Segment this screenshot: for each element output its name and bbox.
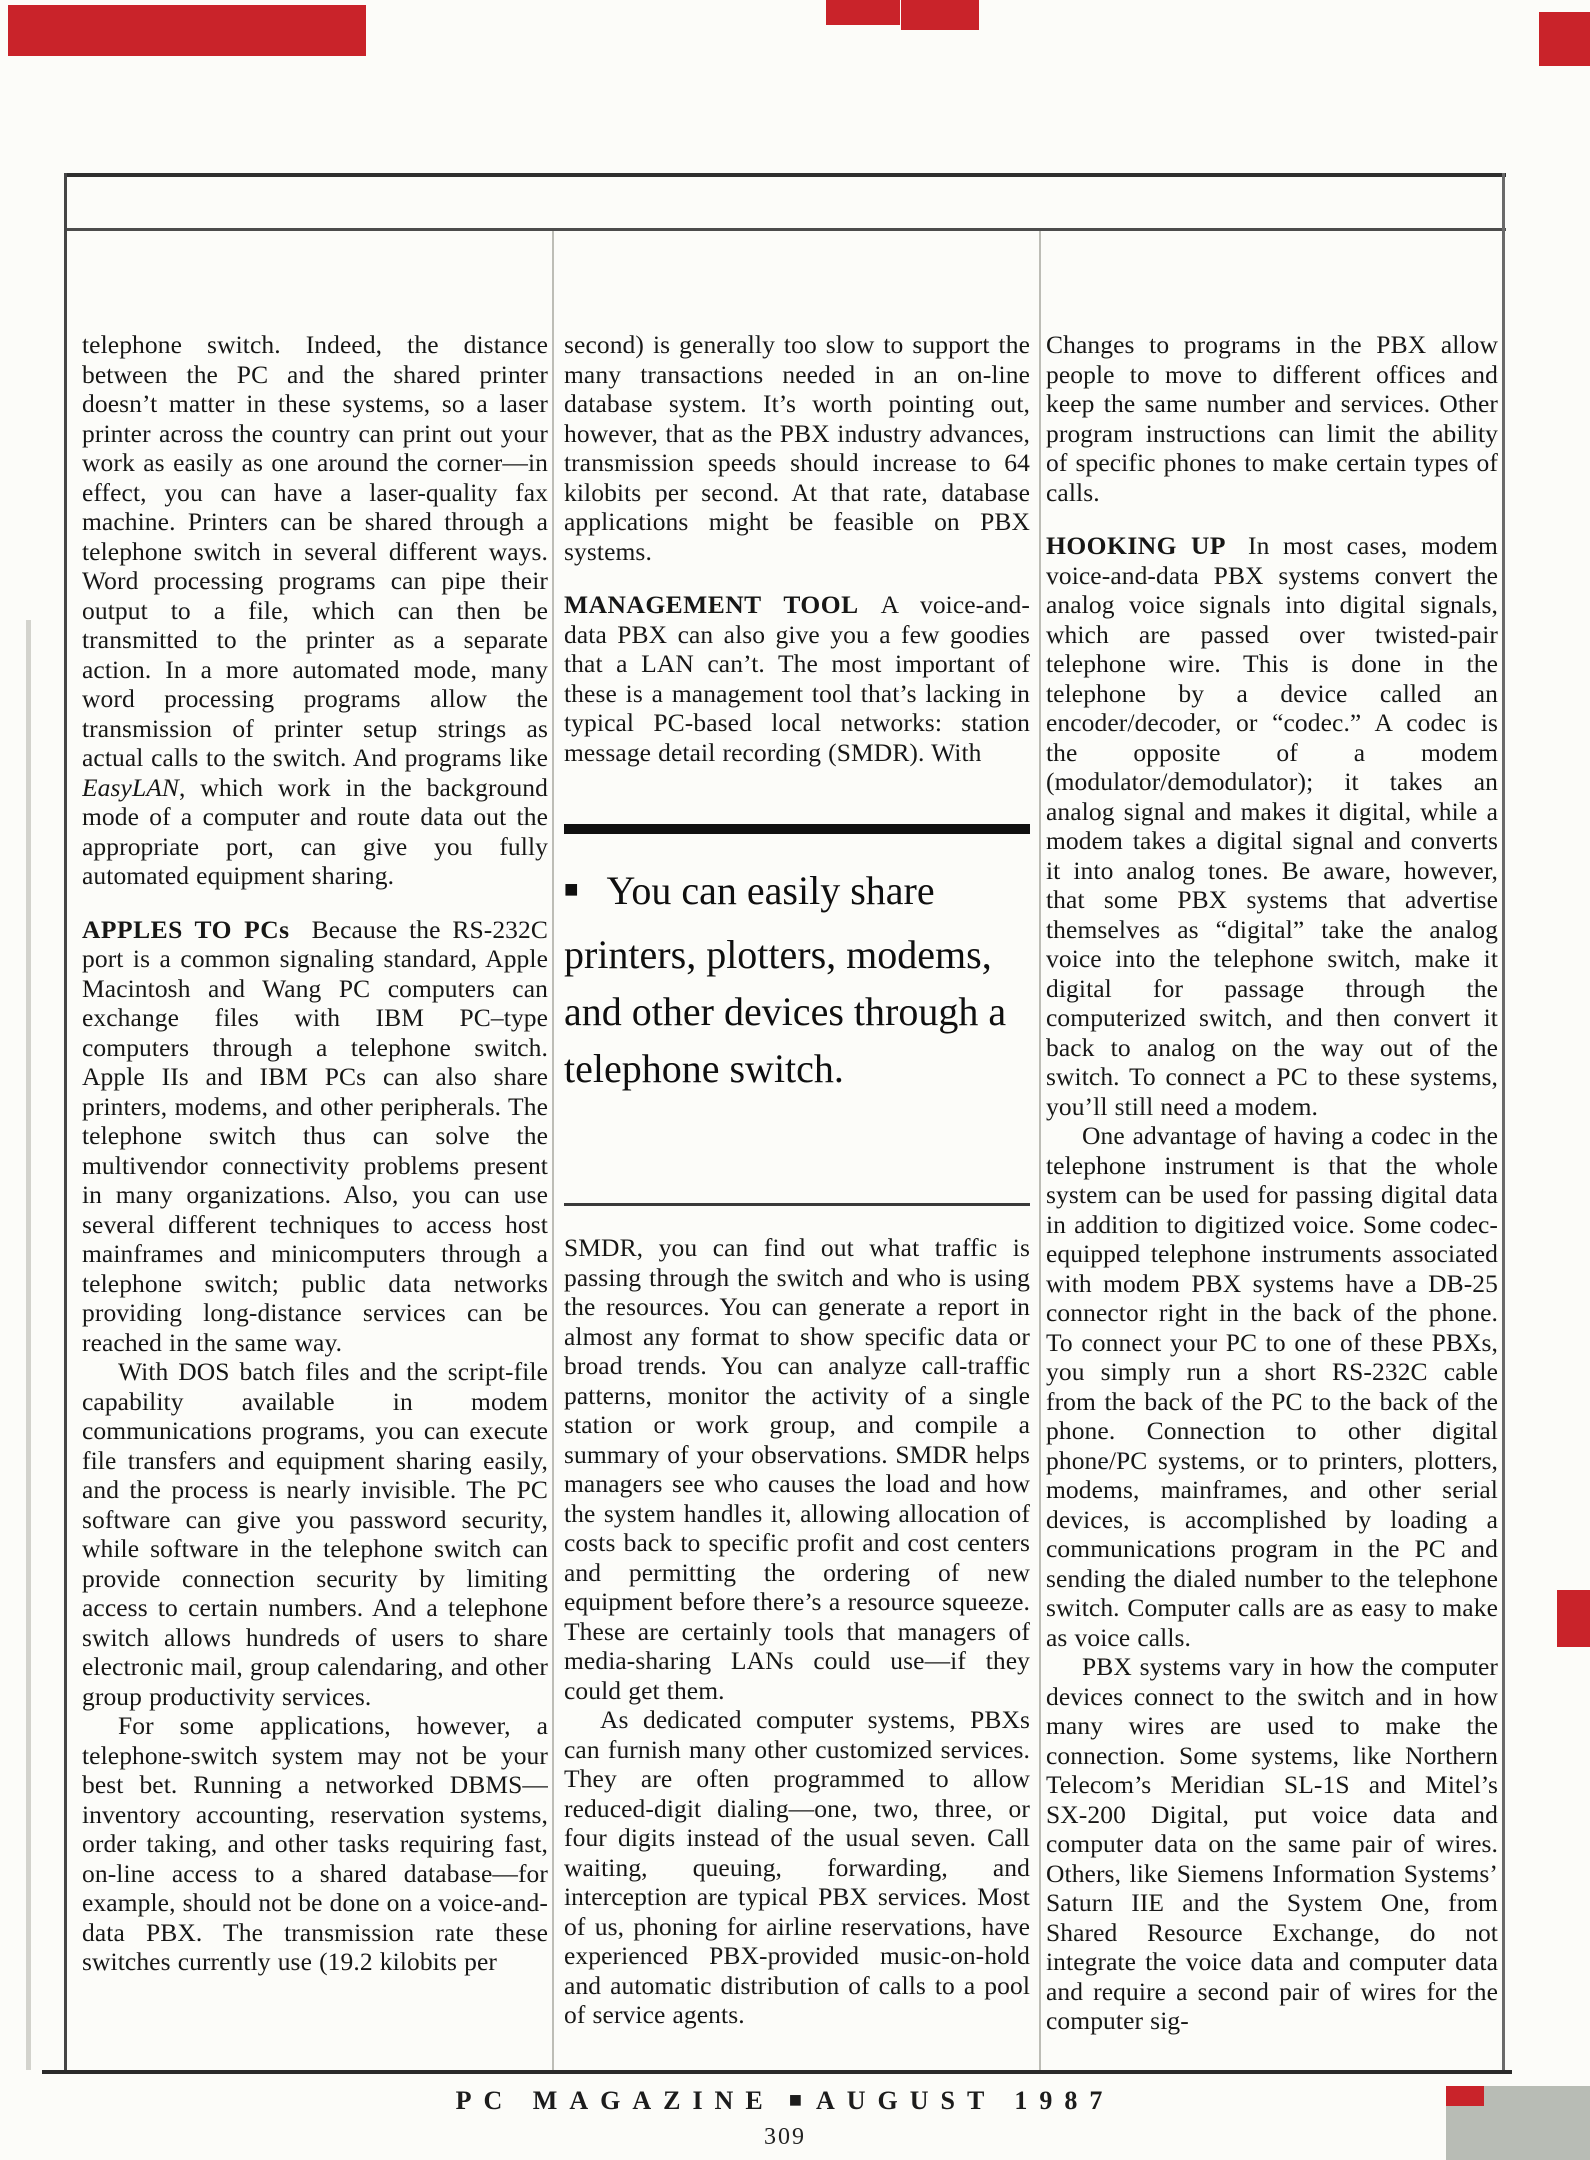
article-paragraph: HOOKING UPIn most cases, modem voice-and… — [1046, 531, 1498, 1121]
article-paragraph: telephone switch. Indeed, the distance b… — [82, 330, 548, 891]
article-paragraph: second) is generally too slow to support… — [564, 330, 1030, 566]
page-border-left — [64, 173, 67, 2074]
column-divider-1 — [552, 231, 554, 2070]
section-heading: HOOKING UP — [1046, 531, 1226, 560]
page-footer: PC MAGAZINE■AUGUST 1987 — [64, 2086, 1506, 2116]
scan-artifact-red-bar-top-left — [8, 5, 366, 56]
magazine-page-scan: telephone switch. Indeed, the distance b… — [0, 0, 1590, 2160]
pull-quote-bottom-rule — [564, 1203, 1030, 1206]
pull-quote: ■You can easily share printers, plotters… — [564, 824, 1030, 1206]
page-number: 309 — [64, 2124, 1506, 2151]
article-paragraph: APPLES TO PCsBecause the RS-232C port is… — [82, 915, 548, 1358]
footer-magazine-name: PC MAGAZINE — [456, 2086, 775, 2115]
article-paragraph: As dedicated computer systems, PBXs can … — [564, 1705, 1030, 2030]
article-paragraph: Changes to programs in the PBX allow peo… — [1046, 330, 1498, 507]
section-heading: MANAGEMENT TOOL — [564, 590, 859, 619]
page-border-top — [64, 173, 1506, 177]
footer-square-bullet-icon: ■ — [789, 2087, 802, 2112]
article-column-1: telephone switch. Indeed, the distance b… — [82, 330, 548, 2074]
article-paragraph: MANAGEMENT TOOLA voice-and-data PBX can … — [564, 590, 1030, 767]
square-bullet-icon: ■ — [564, 877, 579, 903]
article-paragraph: PBX systems vary in how the computer dev… — [1046, 1652, 1498, 2036]
article-column-2-bottom: SMDR, you can find out what traffic is p… — [564, 1233, 1030, 2073]
pull-quote-sentence: You can easily share printers, plotters,… — [564, 868, 1006, 1091]
article-paragraph: For some applications, however, a teleph… — [82, 1711, 548, 1977]
scan-artifact-red-mark-right-edge — [1557, 1590, 1590, 1647]
pull-quote-text: ■You can easily share printers, plotters… — [564, 862, 1030, 1097]
page-border-right — [1502, 173, 1505, 2074]
scan-artifact-red-mark-top-right — [1539, 12, 1590, 66]
article-paragraph: One advantage of having a codec in the t… — [1046, 1121, 1498, 1652]
article-paragraph: With DOS batch files and the script-file… — [82, 1357, 548, 1711]
header-band-rule — [64, 228, 1506, 231]
scan-edge-shadow — [26, 620, 31, 2070]
column-divider-2 — [1039, 231, 1041, 2070]
article-paragraph: SMDR, you can find out what traffic is p… — [564, 1233, 1030, 1705]
scan-artifact-red-mark-top-center-b — [901, 0, 979, 30]
article-column-2-top: second) is generally too slow to support… — [564, 330, 1030, 825]
scan-artifact-red-mark-top-center-a — [826, 0, 900, 25]
pull-quote-top-bar — [564, 824, 1030, 834]
article-column-3: Changes to programs in the PBX allow peo… — [1046, 330, 1498, 2074]
footer-issue-date: AUGUST 1987 — [816, 2086, 1114, 2115]
section-heading: APPLES TO PCs — [82, 915, 290, 944]
